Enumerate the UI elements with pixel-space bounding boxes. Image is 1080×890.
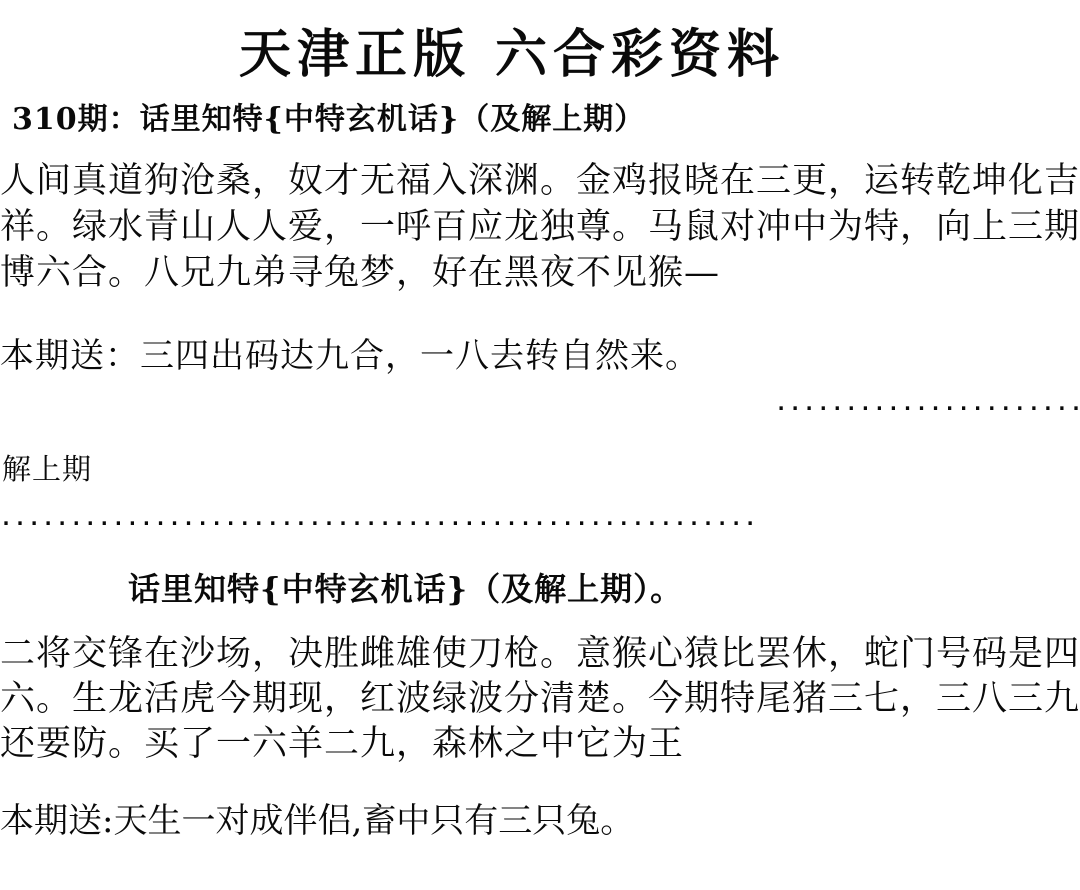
section-label-previous-issue: 解上期 (2, 447, 92, 488)
dotted-divider-right: ...................... (775, 393, 1080, 413)
dotted-divider-left: ........................................… (0, 508, 758, 528)
section-heading: 话里知特{中特玄机话}（及解上期）。 (128, 564, 683, 610)
document-page: 天津正版 六合彩资料 310期：话里知特{中特玄机话}（及解上期） 人间真道狗沧… (0, 0, 1080, 890)
gift-line-2: 本期送:天生一对成伴侣,畜中只有三只兔。 (0, 793, 634, 842)
gift-line-1: 本期送：三四出码达九合，一八去转自然来。 (0, 328, 700, 377)
page-title: 天津正版 六合彩资料 (0, 12, 1052, 87)
issue-heading: 310期：话里知特{中特玄机话}（及解上期） (12, 94, 645, 138)
poem-paragraph-1: 人间真道狗沧桑，奴才无福入深渊。金鸡报晓在三更，运转乾坤化吉祥。绿水青山人人爱，… (0, 158, 1080, 296)
poem-paragraph-2: 二将交锋在沙场，决胜雌雄使刀枪。意猴心猿比罢休，蛇门号码是四六。生龙活虎今期现，… (0, 632, 1080, 767)
